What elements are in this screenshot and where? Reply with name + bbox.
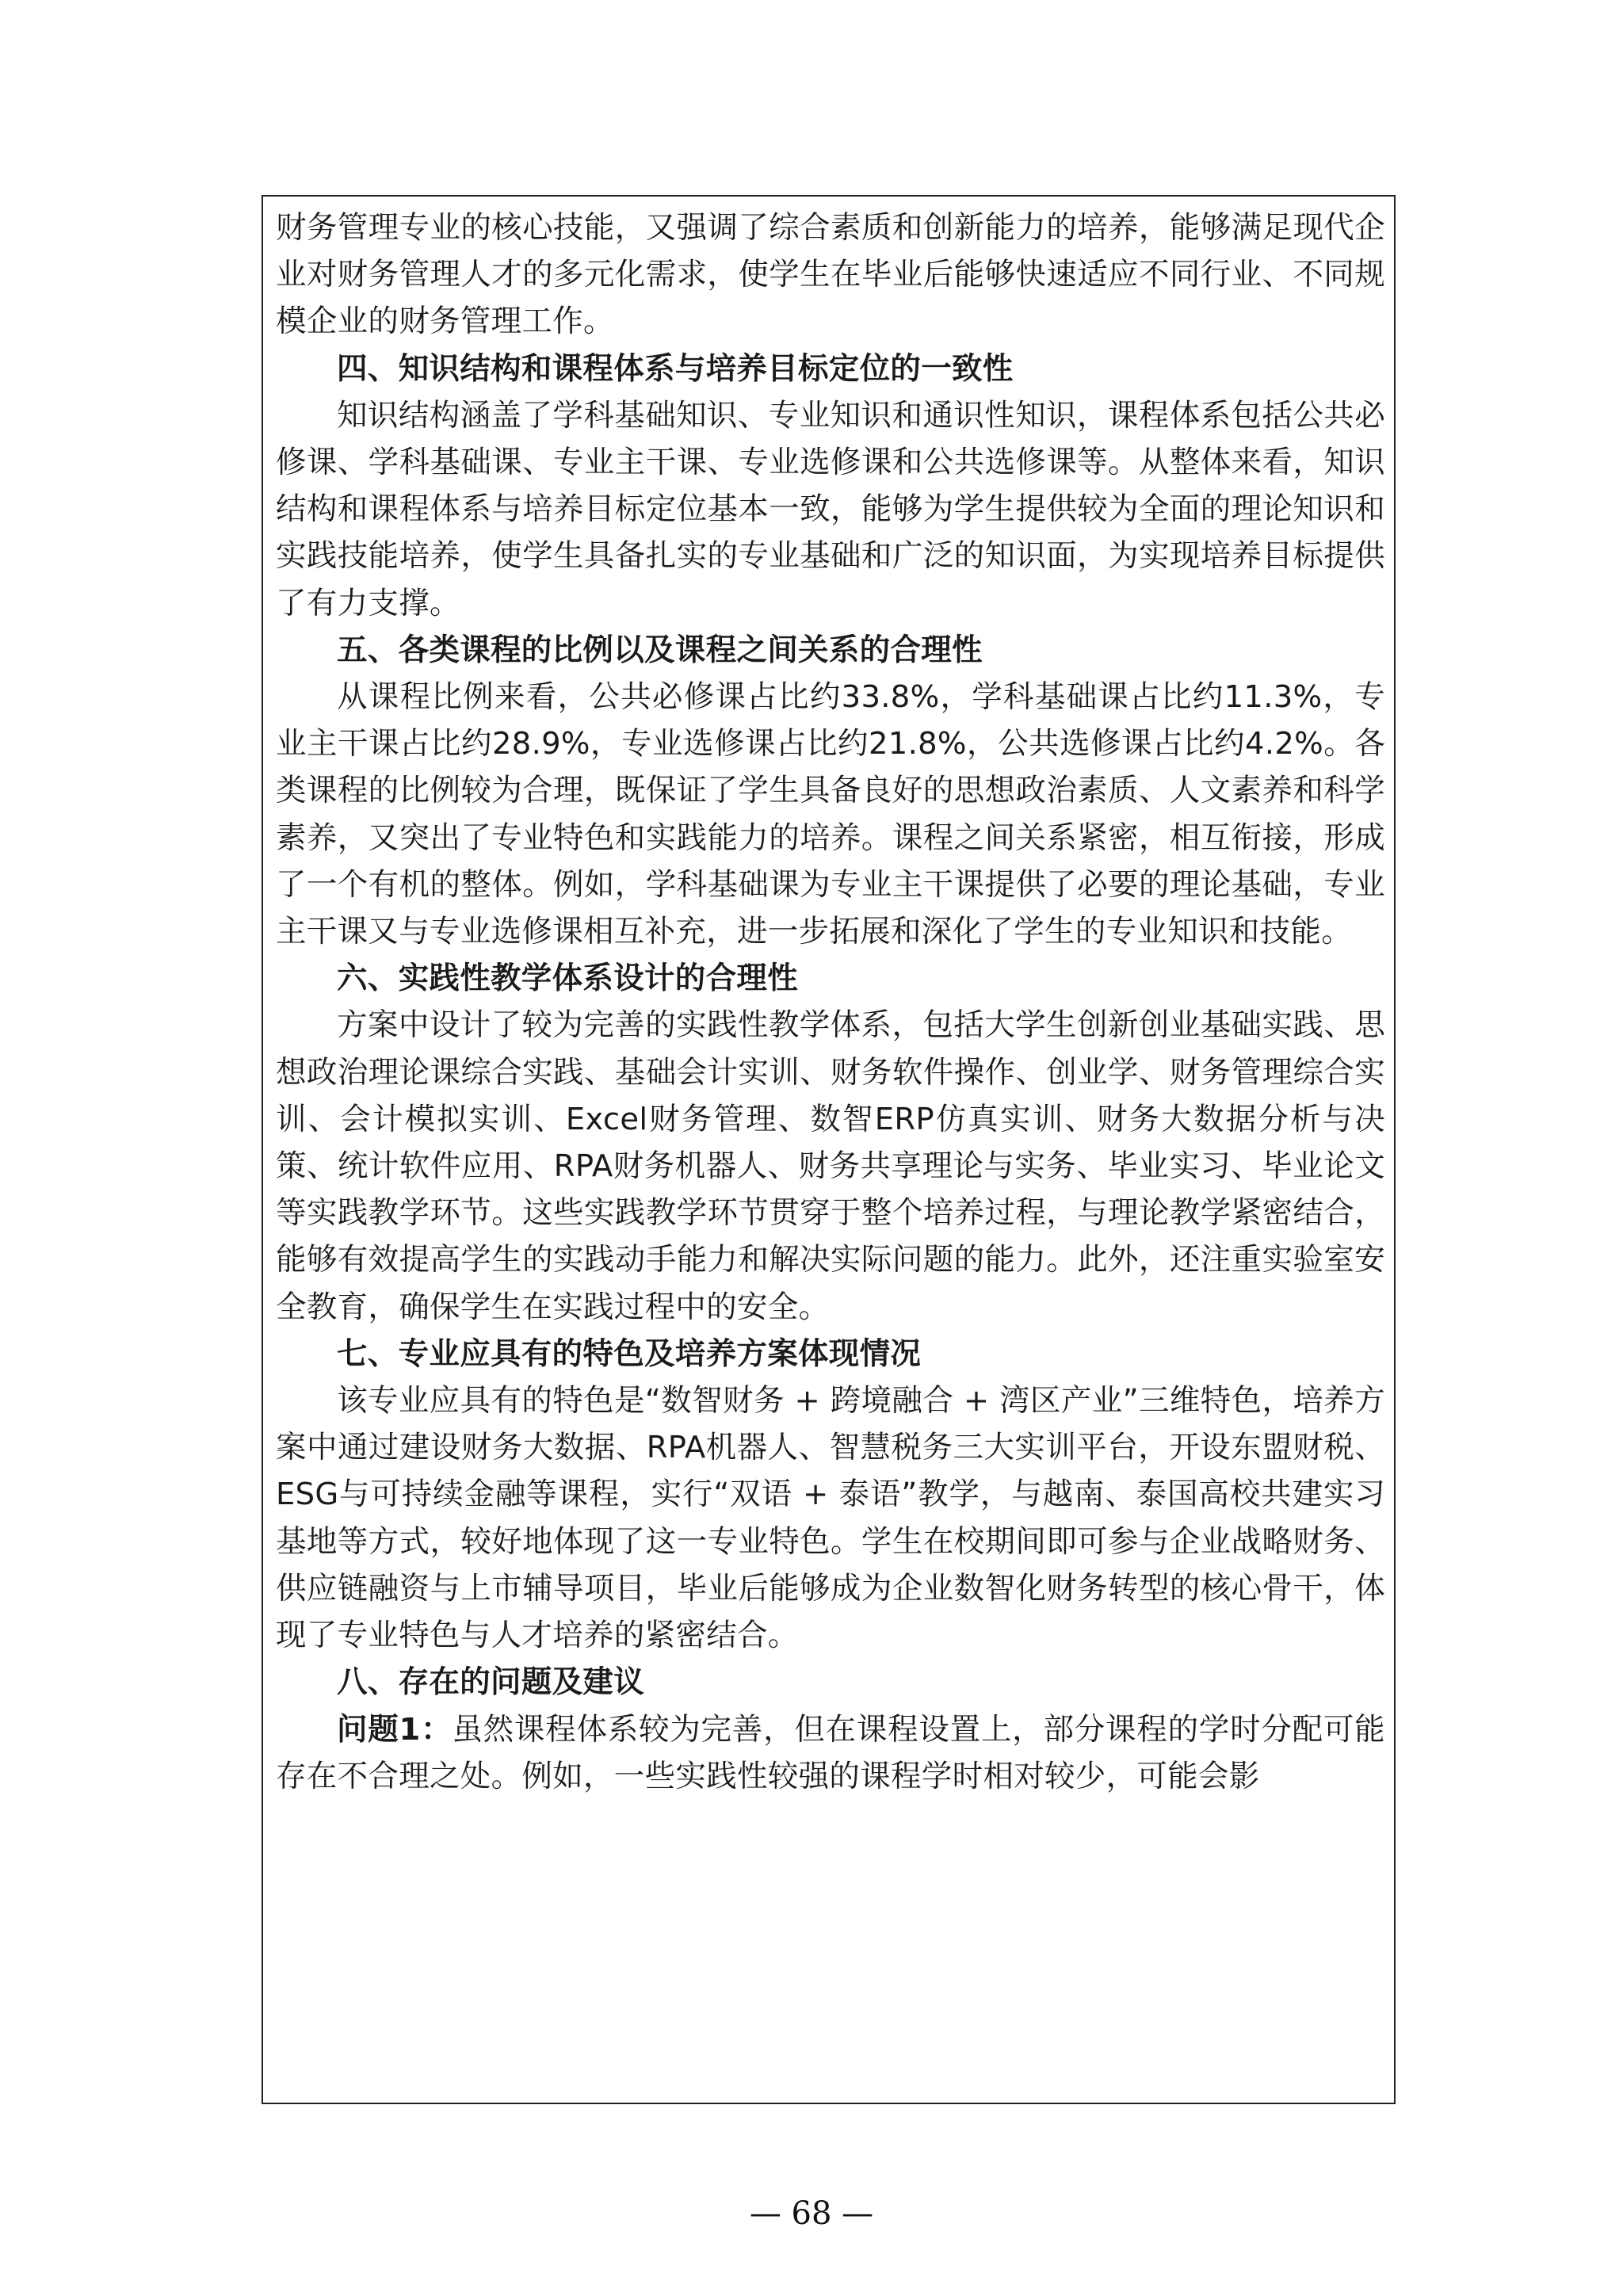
paragraph-problem-1: 问题1：虽然课程体系较为完善，但在课程设置上，部分课程的学时分配可能存在不合理之… bbox=[276, 1706, 1385, 1800]
paragraph-practical-teaching: 方案中设计了较为完善的实践性教学体系，包括大学生创新创业基础实践、思想政治理论课… bbox=[276, 1002, 1385, 1330]
page-number: — 68 — bbox=[0, 2195, 1623, 2232]
section-heading-8: 八、存在的问题及建议 bbox=[276, 1659, 1385, 1706]
problem-label: 问题1： bbox=[337, 1712, 452, 1748]
section-heading-6: 六、实践性教学体系设计的合理性 bbox=[276, 955, 1385, 1002]
section-heading-5: 五、各类课程的比例以及课程之间关系的合理性 bbox=[276, 627, 1385, 674]
section-heading-7: 七、专业应具有的特色及培养方案体现情况 bbox=[276, 1331, 1385, 1377]
paragraph-course-ratio: 从课程比例来看，公共必修课占比约33.8%，学科基础课占比约11.3%，专业主干… bbox=[276, 674, 1385, 955]
paragraph-program-features: 该专业应具有的特色是“数智财务 + 跨境融合 + 湾区产业”三维特色，培养方案中… bbox=[276, 1377, 1385, 1659]
section-heading-4: 四、知识结构和课程体系与培养目标定位的一致性 bbox=[276, 346, 1385, 392]
paragraph-knowledge-structure: 知识结构涵盖了学科基础知识、专业知识和通识性知识，课程体系包括公共必修课、学科基… bbox=[276, 392, 1385, 627]
paragraph-continued: 财务管理专业的核心技能，又强调了综合素质和创新能力的培养，能够满足现代企业对财务… bbox=[276, 204, 1385, 346]
document-body: 财务管理专业的核心技能，又强调了综合素质和创新能力的培养，能够满足现代企业对财务… bbox=[276, 204, 1385, 1800]
